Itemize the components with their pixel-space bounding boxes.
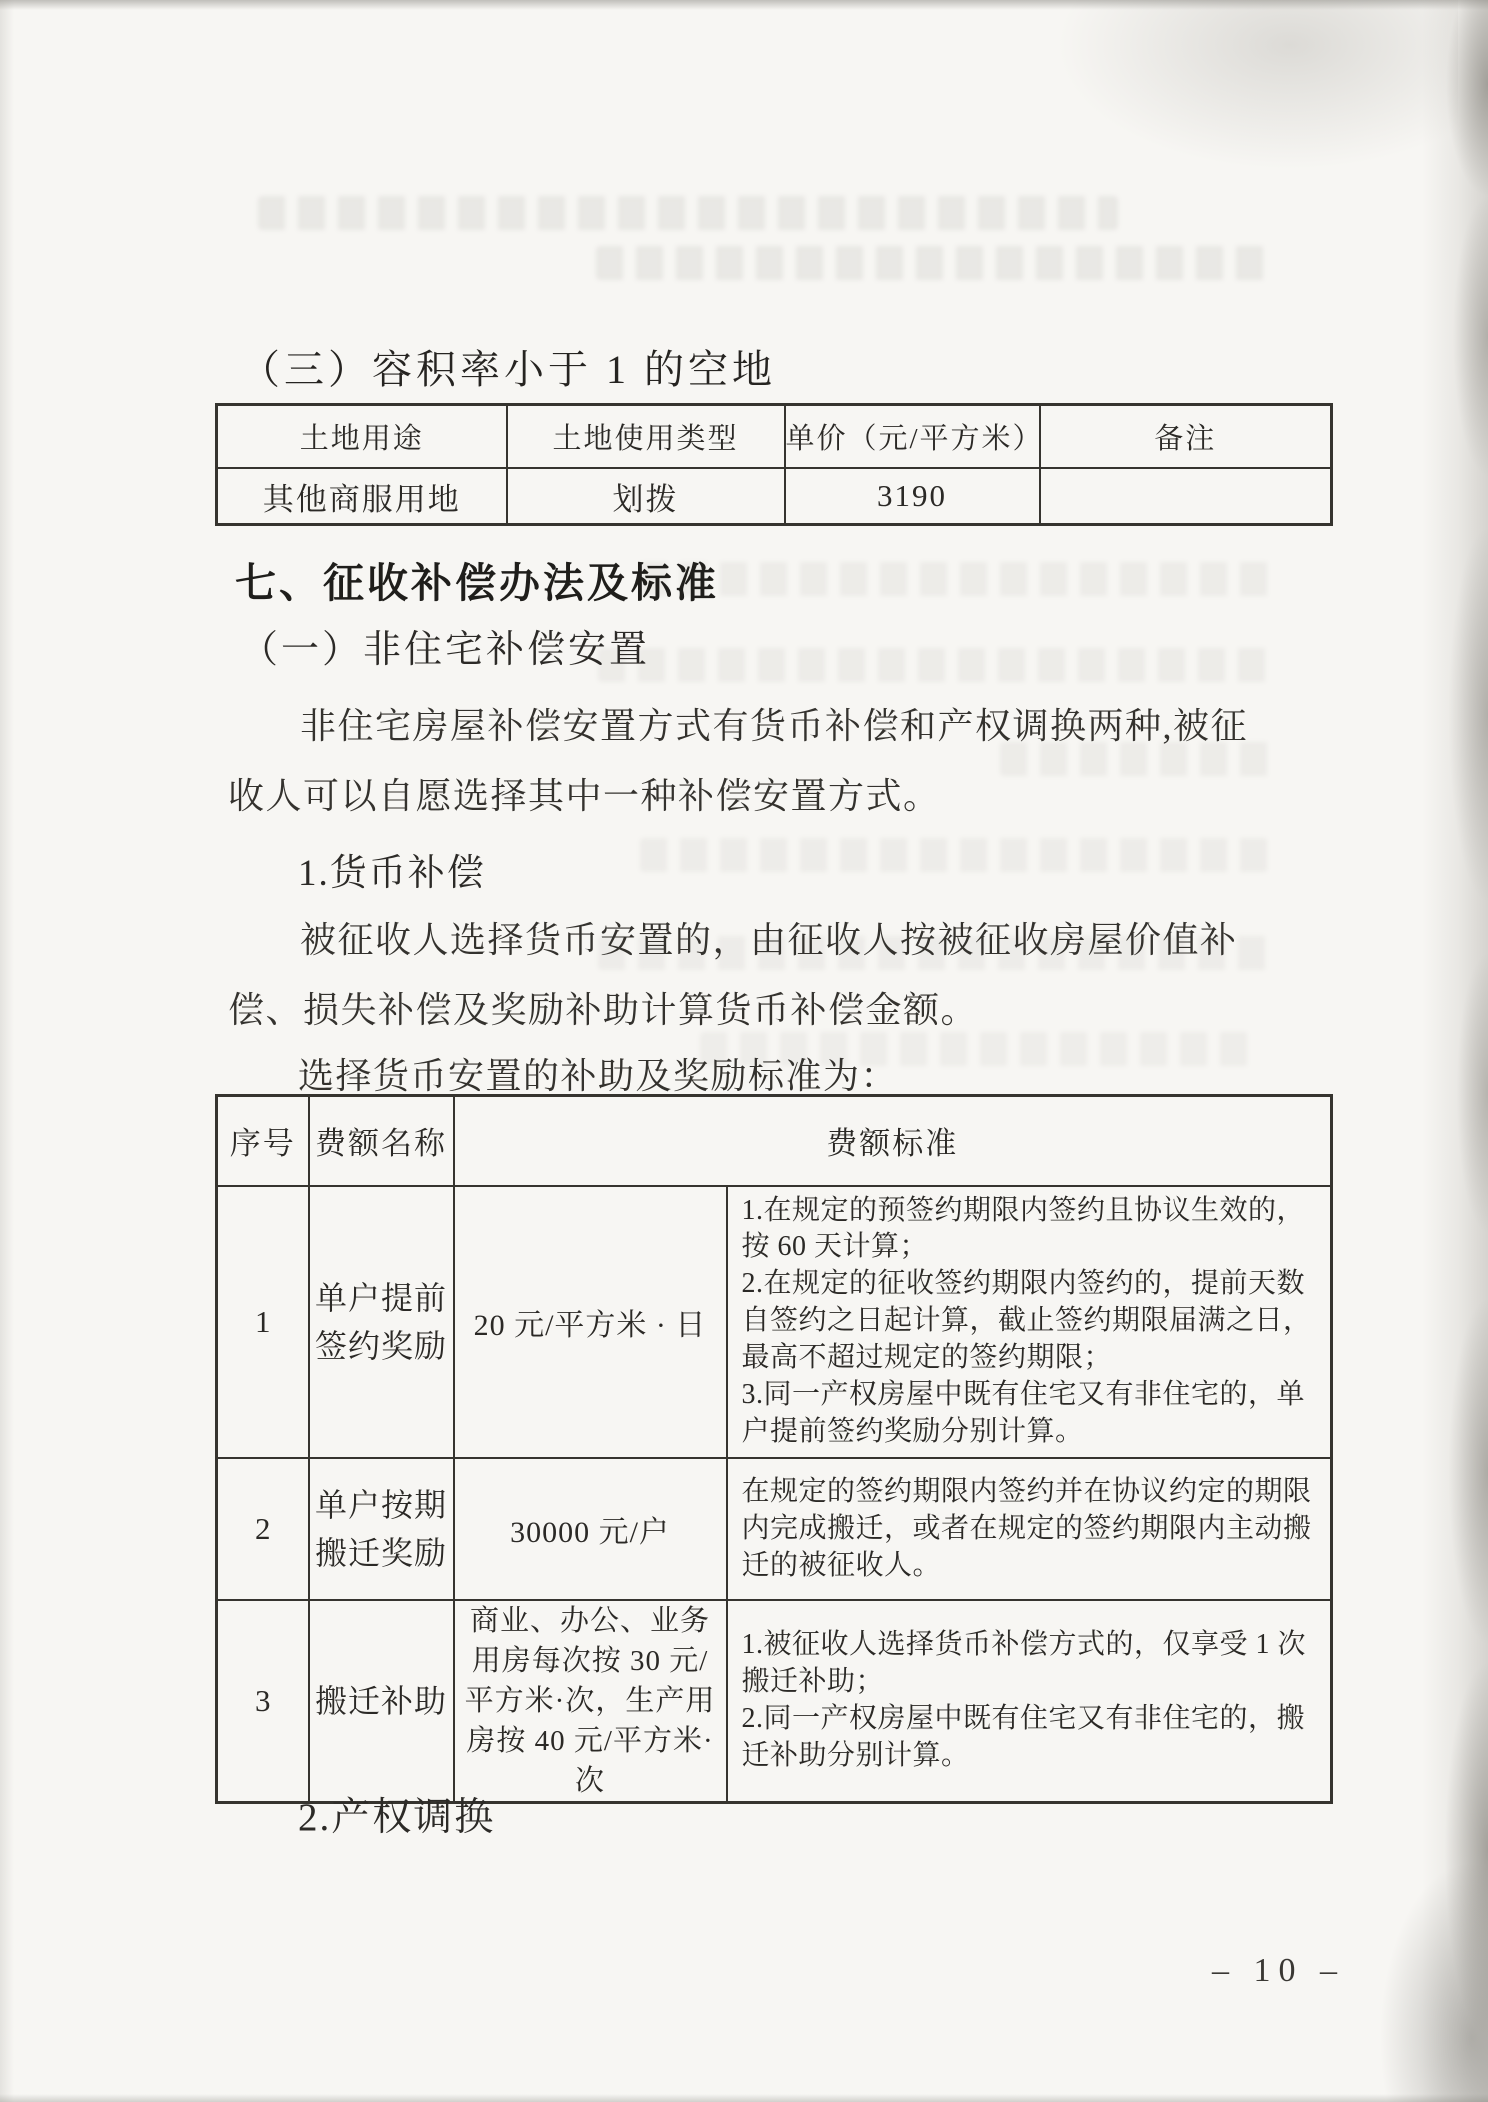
table-header-row: 序号 费额名称 费额标准 — [217, 1096, 1332, 1186]
table-row: 2 单户按期搬迁奖励 30000 元/户 在规定的签约期限内签约并在协议约定的期… — [217, 1458, 1332, 1600]
fee-name-header: 费额名称 — [309, 1096, 454, 1186]
table-row: 3 搬迁补助 商业、办公、业务用房每次按 30 元/平方米·次，生产用房按 40… — [217, 1600, 1332, 1803]
land-type-header: 土地使用类型 — [507, 405, 785, 469]
section3-heading: （三）容积率小于 1 的空地 — [240, 338, 776, 395]
bleed-through-artifact — [258, 196, 1118, 230]
bleed-through-artifact — [640, 562, 1270, 596]
desc-line: 2.在规定的征收签约期限内签约的，提前天数自签约之日起计算，截止签约期限届满之日… — [742, 1266, 1317, 1377]
fee-value-cell: 30000 元/户 — [454, 1458, 727, 1600]
subsidy-standard-table: 序号 费额名称 费额标准 1 单户提前签约奖励 20 元/平方米 · 日 1.在… — [215, 1094, 1333, 1804]
land-price-table: 土地用途 土地使用类型 单价（元/平方米） 备注 其他商服用地 划拨 3190 — [215, 403, 1333, 526]
paragraph-line: 被征收人选择货币安置的，由征收人按被征收房屋价值补 — [300, 912, 1238, 963]
fee-desc-cell: 在规定的签约期限内签约并在协议约定的期限内完成搬迁，或者在规定的签约期限内主动搬… — [727, 1458, 1332, 1600]
table-row: 其他商服用地 划拨 3190 — [217, 468, 1332, 525]
item1-heading: 1.货币补偿 — [298, 842, 486, 896]
desc-line: 1.在规定的预签约期限内签约且协议生效的，按 60 天计算； — [742, 1193, 1317, 1267]
section7-heading: 七、征收补偿办法及标准 — [235, 550, 719, 609]
paragraph-line: 非住宅房屋补偿安置方式有货币补偿和产权调换两种,被征 — [300, 698, 1248, 749]
bleed-through-artifact — [640, 838, 1268, 872]
fee-name-cell: 单户提前签约奖励 — [309, 1186, 454, 1459]
scan-corner-shading — [1038, 0, 1458, 180]
paragraph-line: 收人可以自愿选择其中一种补偿安置方式。 — [228, 768, 941, 819]
desc-line: 在规定的签约期限内签约并在协议约定的期限内完成搬迁，或者在规定的签约期限内主动搬… — [742, 1474, 1317, 1585]
scan-edge-bottom — [0, 2094, 1488, 2102]
item2-heading: 2.产权调换 — [298, 1786, 495, 1842]
subsection-heading: （一）非住宅补偿安置 — [240, 618, 650, 673]
seq-cell: 1 — [217, 1186, 309, 1459]
seq-header: 序号 — [217, 1096, 309, 1186]
unit-price-header: 单价（元/平方米） — [785, 405, 1040, 469]
table-header-row: 土地用途 土地使用类型 单价（元/平方米） 备注 — [217, 405, 1332, 469]
desc-line: 3.同一产权房屋中既有住宅又有非住宅的，单户提前签约奖励分别计算。 — [742, 1377, 1317, 1451]
fee-name-cell: 搬迁补助 — [309, 1600, 454, 1803]
land-use-header: 土地用途 — [217, 405, 507, 469]
fee-standard-header: 费额标准 — [454, 1096, 1332, 1186]
note-cell — [1040, 468, 1332, 525]
fee-value-cell: 商业、办公、业务用房每次按 30 元/平方米·次，生产用房按 40 元/平方米·… — [454, 1600, 727, 1803]
fee-name-cell: 单户按期搬迁奖励 — [309, 1458, 454, 1600]
fee-desc-cell: 1.在规定的预签约期限内签约且协议生效的，按 60 天计算； 2.在规定的征收签… — [727, 1186, 1332, 1459]
land-use-cell: 其他商服用地 — [217, 468, 507, 525]
bleed-through-artifact — [598, 648, 1270, 682]
seq-cell: 3 — [217, 1600, 309, 1803]
fee-value-cell: 20 元/平方米 · 日 — [454, 1186, 727, 1459]
unit-price-cell: 3190 — [785, 468, 1040, 525]
seq-cell: 2 — [217, 1458, 309, 1600]
land-type-cell: 划拨 — [507, 468, 785, 525]
table-row: 1 单户提前签约奖励 20 元/平方米 · 日 1.在规定的预签约期限内签约且协… — [217, 1186, 1332, 1459]
page-number: – 10 – — [1212, 1952, 1345, 1990]
desc-line: 1.被征收人选择货币补偿方式的，仅享受 1 次搬迁补助； — [742, 1627, 1317, 1701]
bleed-through-artifact — [596, 246, 1272, 280]
scan-corner-shading — [1318, 1782, 1488, 2102]
desc-line: 2.同一产权房屋中既有住宅又有非住宅的，搬迁补助分别计算。 — [742, 1701, 1317, 1775]
paragraph-line: 选择货币安置的补助及奖励标准为： — [298, 1048, 898, 1099]
paragraph-line: 偿、损失补偿及奖励补助计算货币补偿金额。 — [228, 982, 978, 1033]
scan-edge-left — [0, 0, 14, 2102]
fee-desc-cell: 1.被征收人选择货币补偿方式的，仅享受 1 次搬迁补助； 2.同一产权房屋中既有… — [727, 1600, 1332, 1803]
note-header: 备注 — [1040, 405, 1332, 469]
